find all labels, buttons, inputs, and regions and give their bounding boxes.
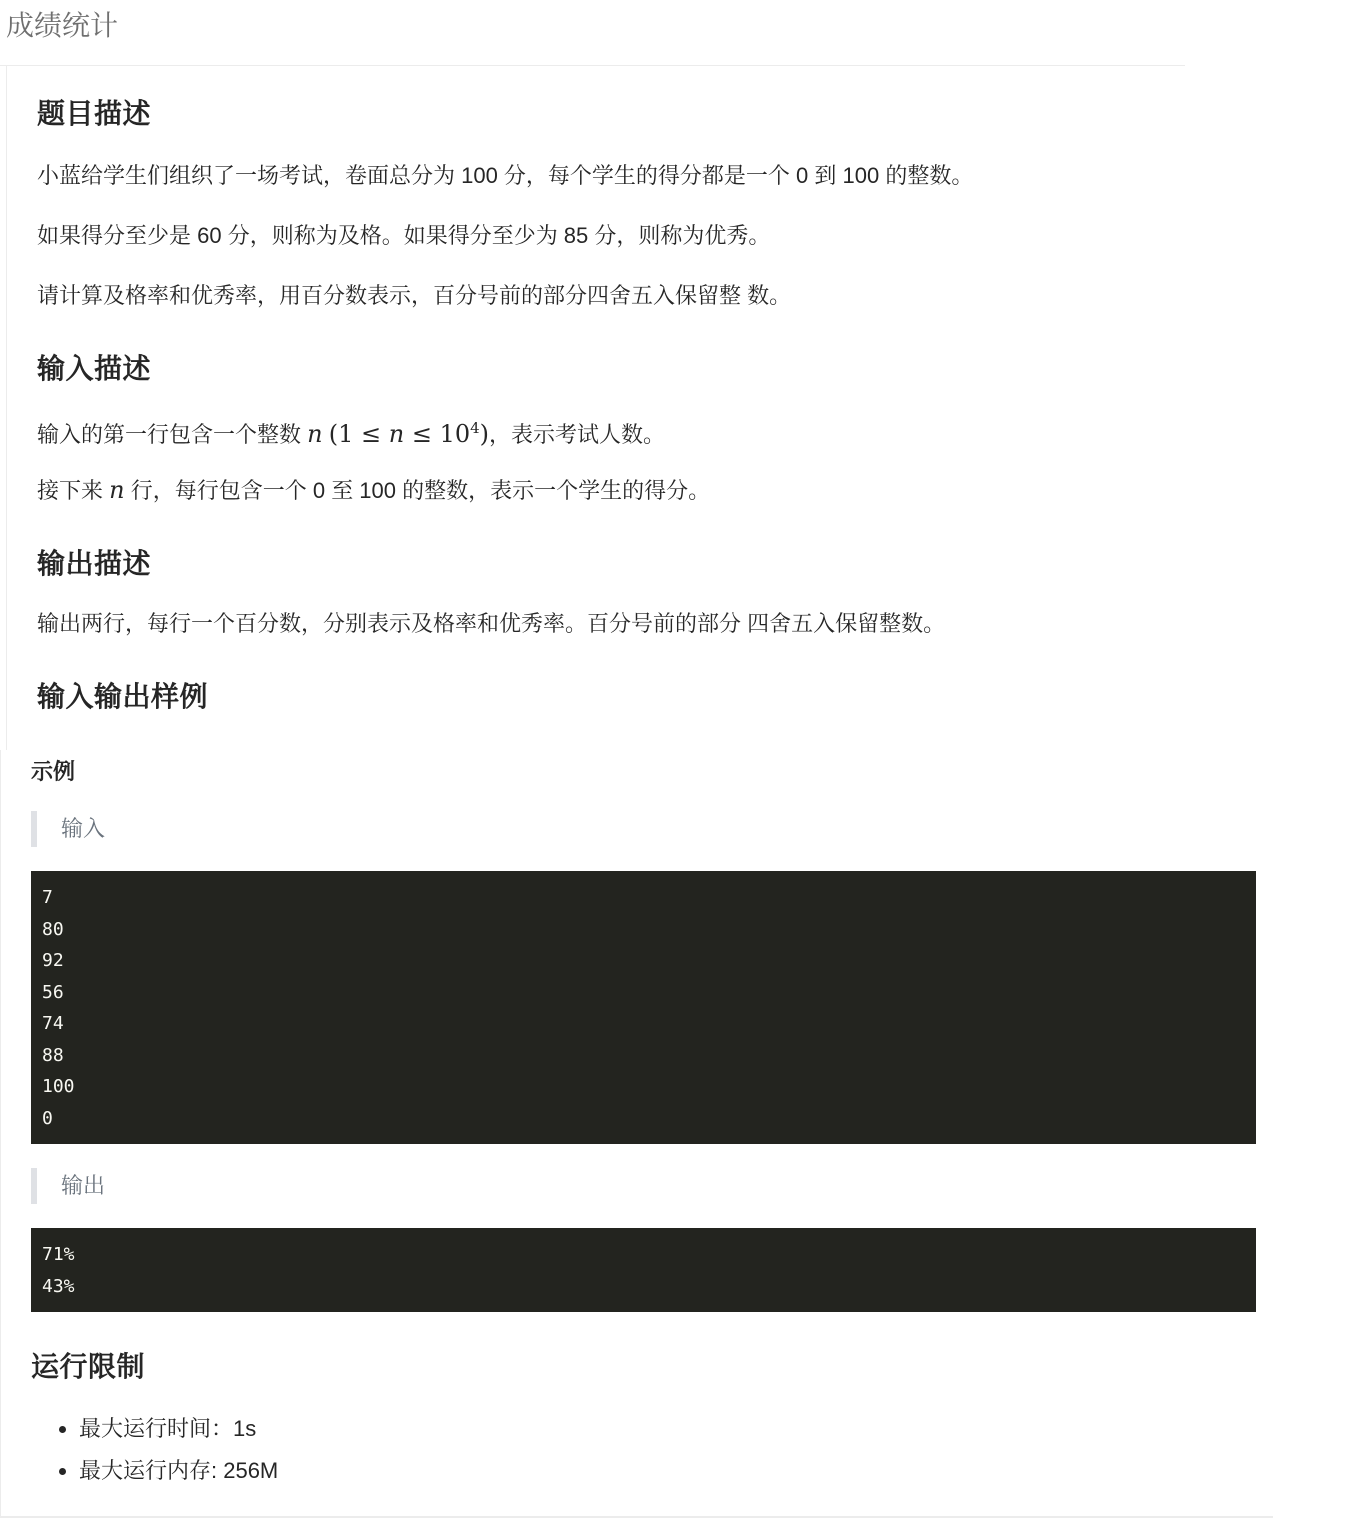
sample-output-label: 输出 — [31, 1168, 105, 1204]
sample-input-code-block[interactable]: 7 80 92 56 74 88 100 0 — [31, 871, 1256, 1144]
example-label: 示例 — [31, 757, 75, 787]
code-line: 80 — [42, 914, 1245, 946]
input-line2-prefix: 接下来 — [37, 478, 103, 503]
limits-heading: 运行限制 — [31, 1349, 145, 1385]
math-variable-n: n — [109, 476, 124, 504]
math-range-open: (1 ≤ — [329, 420, 389, 448]
math-range-variable: n — [389, 420, 404, 448]
code-line: 7 — [42, 882, 1245, 914]
input-line1-prefix: 输入的第一行包含一个整数 — [37, 422, 301, 447]
input-description-heading: 输入描述 — [37, 351, 151, 387]
code-line: 74 — [42, 1008, 1245, 1040]
math-range-mid: ≤ 10 — [404, 420, 470, 448]
code-line: 71% — [42, 1239, 1245, 1271]
sample-input-label: 输入 — [31, 811, 105, 847]
limit-item-time: 最大运行时间：1s — [79, 1408, 278, 1450]
description-paragraph-1: 小蓝给学生们组织了一场考试，卷面总分为 100 分，每个学生的得分都是一个 0 … — [37, 161, 973, 191]
input-line2-suffix: 行，每行包含一个 0 至 100 的整数，表示一个学生的得分。 — [131, 478, 710, 503]
input-description-line-2: 接下来 n 行，每行包含一个 0 至 100 的整数，表示一个学生的得分。 — [37, 475, 710, 506]
math-range-close: ) — [480, 420, 489, 448]
math-exponent: 4 — [470, 419, 480, 437]
limits-list: 最大运行时间：1s 最大运行内存: 256M — [31, 1408, 278, 1492]
code-line: 92 — [42, 945, 1245, 977]
code-line: 56 — [42, 977, 1245, 1009]
samples-heading: 输入输出样例 — [37, 679, 208, 715]
input-description-line-1: 输入的第一行包含一个整数 n (1 ≤ n ≤ 104)，表示考试人数。 — [37, 413, 665, 450]
code-line: 0 — [42, 1103, 1245, 1135]
description-heading: 题目描述 — [37, 96, 151, 132]
output-description-paragraph: 输出两行，每行一个百分数，分别表示及格率和优秀率。百分号前的部分 四舍五入保留整… — [37, 609, 945, 639]
code-line: 43% — [42, 1271, 1245, 1303]
description-paragraph-3: 请计算及格率和优秀率，用百分数表示，百分号前的部分四舍五入保留整 数。 — [37, 281, 791, 311]
sample-output-code-block[interactable]: 71% 43% — [31, 1228, 1256, 1312]
code-line: 100 — [42, 1071, 1245, 1103]
input-line1-suffix: ，表示考试人数。 — [489, 422, 665, 447]
limit-item-memory: 最大运行内存: 256M — [79, 1450, 278, 1492]
code-line: 88 — [42, 1040, 1245, 1072]
output-description-heading: 输出描述 — [37, 546, 151, 582]
math-variable-n: n — [307, 420, 322, 448]
description-paragraph-2: 如果得分至少是 60 分，则称为及格。如果得分至少为 85 分，则称为优秀。 — [37, 221, 770, 251]
page-title: 成绩统计 — [6, 8, 118, 44]
